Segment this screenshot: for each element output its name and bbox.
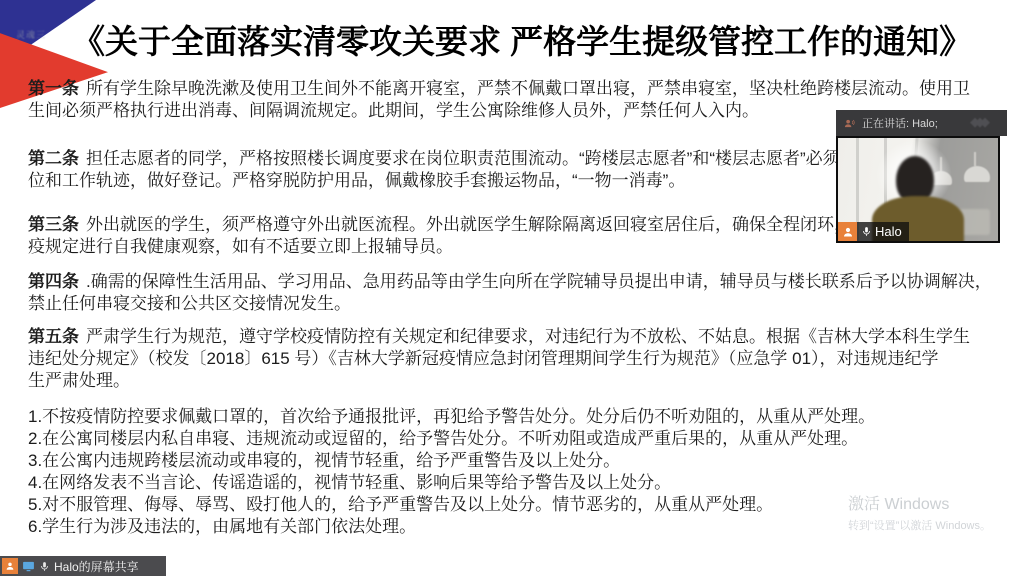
list-item: 3.在公寓内违规跨楼层流动或串寝的，视情节轻重，给予严重警告及以上处分。 xyxy=(28,450,1018,472)
paragraph-article-4: 第四条.确需的保障性生活用品、学习用品、急用药品等由学生向所在学院辅导员提出申请… xyxy=(28,271,1018,315)
page-title: 《关于全面落实清零攻关要求 严格学生提级管控工作的通知》 xyxy=(72,16,992,63)
paragraph-article-5: 第五条严肃学生行为规范，遵守学校疫情防控有关规定和纪律要求，对违纪行为不放松、不… xyxy=(28,326,1018,392)
webcam-video-thumbnail[interactable]: Halo xyxy=(836,136,1000,243)
screen-share-view: { "title": "《关于全面落实清零攻关要求 严格学生提级管控工作的通知》… xyxy=(0,0,1024,576)
article-text: .确需的保障性生活用品、学习用品、急用药品等由学生向所在学院辅导员提出申请，辅导… xyxy=(28,272,992,313)
meeting-app-logo-watermark: ◆◆◆ xyxy=(970,114,985,130)
article-label: 第四条 xyxy=(28,272,79,291)
person-icon xyxy=(5,561,15,571)
article-label: 第二条 xyxy=(28,149,79,168)
person-icon xyxy=(842,226,854,238)
list-item: 2.在公寓同楼层内私自串寝、违规流动或逗留的，给予警告处分。不听劝阻或造成严重后… xyxy=(28,428,1018,450)
screen-share-status-bar[interactable]: Halo的屏幕共享 xyxy=(0,556,166,576)
corner-watermark: 灵魂三 xyxy=(16,28,46,41)
list-item: 1.不按疫情防控要求佩戴口罩的，首次给予通报批评，再犯给予警告处分。处分后仍不听… xyxy=(28,406,1018,428)
avatar xyxy=(2,558,18,574)
nametag-label-group: Halo xyxy=(857,222,909,241)
list-item: 5.对不服管理、侮辱、辱骂、殴打他人的，给予严重警告及以上处分。情节恶劣的，从重… xyxy=(28,494,1018,516)
article-text: 严肃学生行为规范，遵守学校疫情防控有关规定和纪律要求，对违纪行为不放松、不姑息。… xyxy=(28,327,970,390)
article-text: 外出就医的学生，须严格遵守外出就医流程。外出就医学生解除隔离返回寝室居住后，确保… xyxy=(28,215,885,256)
participant-video-panel[interactable]: 正在讲话: Halo; ◆◆◆ xyxy=(836,110,1024,243)
list-item: 4.在网络发表不当言论、传谣造谣的，视情节轻重、影响后果等给予警告及以上处分。 xyxy=(28,472,1018,494)
avatar xyxy=(838,222,857,241)
article-text: 所有学生除早晚洗漱及使用卫生间外不能离开寝室，严禁不佩戴口罩出寝，严禁串寝室，坚… xyxy=(28,79,970,120)
participant-name: Halo xyxy=(875,224,902,239)
article-label: 第五条 xyxy=(28,327,79,346)
participant-nametag: Halo xyxy=(838,222,909,241)
speaker-person-icon xyxy=(844,118,855,129)
article-label: 第三条 xyxy=(28,215,79,234)
article-label: 第一条 xyxy=(28,79,79,98)
pendant-lamp xyxy=(964,166,990,182)
list-item: 6.学生行为涉及违法的，由属地有关部门依法处理。 xyxy=(28,516,1018,538)
screen-share-icon xyxy=(22,560,35,573)
speaking-indicator-bar: 正在讲话: Halo; ◆◆◆ xyxy=(836,110,1007,136)
speaking-status-text: 正在讲话: Halo; xyxy=(862,115,938,131)
microphone-icon xyxy=(861,226,872,237)
punishment-list: 1.不按疫情防控要求佩戴口罩的，首次给予通报批评，再犯给予警告处分。处分后仍不听… xyxy=(28,406,1018,538)
article-text: 担任志愿者的同学，严格按照楼长调度要求在岗位职责范围流动。“跨楼层志愿者”和“楼… xyxy=(28,149,891,190)
microphone-icon xyxy=(39,561,50,572)
screen-share-label: Halo的屏幕共享 xyxy=(54,558,139,575)
